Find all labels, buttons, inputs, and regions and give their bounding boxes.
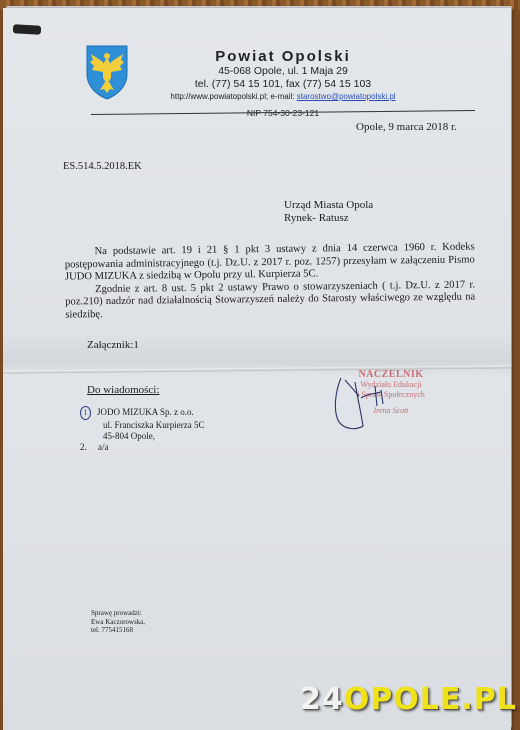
- recipient-address: Urząd Miasta Opola Rynek- Ratusz: [284, 199, 373, 225]
- body-paragraph-2: Zgodnie z art. 8 ust. 5 pkt 2 ustawy Pra…: [65, 279, 475, 322]
- email-link[interactable]: starostwo@powiatopolski.pl: [297, 92, 396, 101]
- body-paragraph-1: Na podstawie art. 19 i 21 § 1 pkt 3 usta…: [65, 241, 475, 284]
- cc-item-line: ul. Franciszka Kurpierza 5C: [80, 420, 204, 431]
- handled-by-label: Sprawę prowadzi:: [91, 609, 145, 618]
- handled-by: Sprawę prowadzi: Ewa Kaczorowska, tel. 7…: [91, 609, 145, 635]
- watermark-logo: 24OPOLE.PL: [300, 682, 517, 717]
- cc-item: 1JODO MIZUKA Sp. z o.o.: [80, 406, 204, 420]
- letter-page: Powiat Opolski 45-068 Opole, ul. 1 Maja …: [3, 8, 511, 730]
- letter-date: Opole, 9 marca 2018 r.: [356, 121, 457, 133]
- circled-number-icon: 1: [80, 406, 91, 420]
- letterhead: Powiat Opolski 45-068 Opole, ul. 1 Maja …: [133, 48, 433, 118]
- recipient-line-1: Urząd Miasta Opola: [284, 199, 373, 212]
- recipient-line-2: Rynek- Ratusz: [284, 212, 373, 225]
- handled-by-phone: tel. 775415168: [91, 626, 145, 635]
- handwritten-signature-icon: [331, 372, 401, 432]
- cc-item-line: 45-804 Opole,: [80, 431, 204, 442]
- email-label: e-mail:: [270, 92, 294, 101]
- reference-number: ES.514.5.2018.EK: [63, 161, 142, 172]
- letter-body: Na podstawie art. 19 i 21 § 1 pkt 3 usta…: [65, 241, 476, 321]
- cc-title: Do wiadomości:: [87, 384, 159, 396]
- handled-by-name: Ewa Kaczorowska,: [91, 618, 145, 627]
- letterhead-address: 45-068 Opole, ul. 1 Maja 29: [133, 65, 433, 78]
- letterhead-phone: tel. (77) 54 15 101, fax (77) 54 15 103: [133, 78, 433, 91]
- cc-item: 2.a/a: [80, 442, 204, 453]
- paper-clip-icon: [13, 24, 41, 34]
- letterhead-website: http://www.powiatopolski.pl;: [170, 92, 268, 101]
- opole-eagle-crest-icon: [85, 44, 129, 100]
- cc-list: 1JODO MIZUKA Sp. z o.o. ul. Franciszka K…: [80, 406, 204, 453]
- attachment-note: Załącznik:1: [87, 339, 139, 351]
- letterhead-title: Powiat Opolski: [133, 48, 433, 65]
